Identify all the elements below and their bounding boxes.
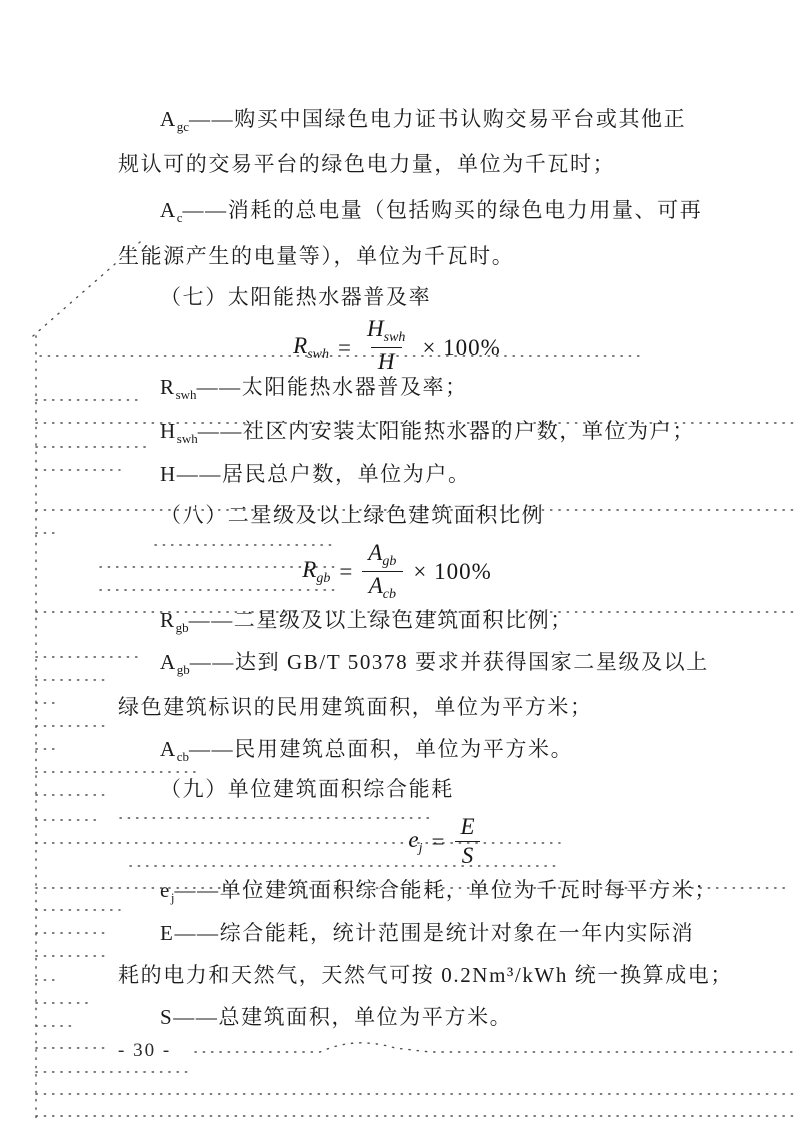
line-text: ——太阳能热水器普及率； (197, 375, 468, 399)
variable-symbol: H (160, 462, 177, 486)
text-line: Ac——消耗的总电量（包括购买的绿色电力用量、可再 (160, 197, 702, 231)
text-line: H——居民总户数，单位为户。 (160, 461, 471, 488)
line-text: ——社区内安装太阳能热水器的户数，单位为户； (198, 419, 695, 443)
variable-subscript: gc (177, 119, 189, 134)
text-line: 规认可的交易平台的绿色电力量，单位为千瓦时； (118, 151, 615, 178)
text-line: 生能源产生的电量等），单位为千瓦时。 (118, 243, 514, 270)
section-heading: （七）太阳能热水器普及率 (160, 284, 431, 311)
text-line: Acb——民用建筑总面积，单位为平方米。 (160, 736, 573, 770)
fraction: Hswh H (360, 316, 412, 379)
document-page: Agc——购买中国绿色电力证书认购交易平台或其他正 规认可的交易平台的绿色电力量… (0, 0, 794, 1123)
line-text: ——单位建筑面积综合能耗，单位为千瓦时每平方米； (175, 878, 717, 902)
equals-sign: = (338, 335, 351, 361)
text-line: Rgb——二星级及以上绿色建筑面积比例； (160, 607, 573, 641)
text-line: Rswh——太阳能热水器普及率； (160, 374, 468, 408)
section-heading: （八）二星级及以上绿色建筑面积比例 (160, 502, 544, 529)
variable-symbol: A (160, 650, 177, 674)
fraction-numerator: E (454, 814, 482, 841)
line-text: ——民用建筑总面积，单位为平方米。 (189, 737, 573, 761)
variable-symbol: A (160, 198, 177, 222)
formula-lhs: ej (408, 827, 422, 857)
formula-solar-water-heater-rate: Rswh = Hswh H × 100% (0, 316, 794, 379)
fraction: E S (454, 814, 482, 869)
line-text: （七）太阳能热水器普及率 (160, 285, 431, 309)
fraction: Agb Acb (361, 540, 403, 603)
line-text: 绿色建筑标识的民用建筑面积，单位为平方米； (118, 695, 593, 719)
formula-green-building-ratio: Rgb = Agb Acb × 100% (0, 540, 794, 603)
page-number: - 30 - (118, 1040, 171, 1062)
variable-symbol: S (160, 1005, 173, 1029)
variable-symbol: H (160, 419, 177, 443)
text-line: Agb——达到 GB/T 50378 要求并获得国家二星级及以上 (160, 649, 709, 683)
formula-tail: × 100% (413, 559, 491, 585)
section-heading: （九）单位建筑面积综合能耗 (160, 776, 454, 803)
variable-symbol: R (160, 608, 176, 632)
line-text: ——综合能耗，统计范围是统计对象在一年内实际消 (174, 921, 694, 945)
text-line: 绿色建筑标识的民用建筑面积，单位为平方米； (118, 694, 593, 721)
variable-subscript: cb (177, 749, 189, 764)
formula-tail: × 100% (422, 335, 500, 361)
line-text: 生能源产生的电量等），单位为千瓦时。 (118, 244, 514, 268)
line-text: （八）二星级及以上绿色建筑面积比例 (160, 503, 544, 527)
line-text: ——达到 GB/T 50378 要求并获得国家二星级及以上 (190, 650, 709, 674)
formula-lhs: Rgb (302, 557, 330, 587)
equals-sign: = (432, 829, 445, 855)
text-line: ej——单位建筑面积综合能耗，单位为千瓦时每平方米； (160, 877, 717, 911)
variable-subscript: gb (176, 620, 189, 635)
variable-symbol: E (160, 921, 174, 945)
text-line: Hswh——社区内安装太阳能热水器的户数，单位为户； (160, 418, 695, 452)
variable-symbol: A (160, 737, 177, 761)
text-line: Agc——购买中国绿色电力证书认购交易平台或其他正 (160, 106, 686, 140)
text-line: 耗的电力和天然气，天然气可按 0.2Nm³/kWh 统一换算成电； (118, 962, 733, 989)
line-text: ——消耗的总电量（包括购买的绿色电力用量、可再 (183, 198, 703, 222)
line-text: ——购买中国绿色电力证书认购交易平台或其他正 (189, 107, 686, 131)
variable-symbol: R (160, 375, 176, 399)
fraction-numerator: Agb (361, 540, 403, 571)
formula-energy-per-area: ej = E S (48, 814, 794, 869)
line-text: 耗的电力和天然气，天然气可按 0.2Nm³/kWh 统一换算成电； (118, 963, 733, 987)
line-text: ——总建筑面积，单位为平方米。 (173, 1005, 512, 1029)
fraction-denominator: Acb (362, 571, 403, 603)
line-text: 规认可的交易平台的绿色电力量，单位为千瓦时； (118, 152, 615, 176)
variable-symbol: A (160, 107, 177, 131)
text-line: E——综合能耗，统计范围是统计对象在一年内实际消 (160, 920, 694, 947)
text-line: S——总建筑面积，单位为平方米。 (160, 1004, 512, 1031)
variable-subscript: swh (177, 431, 198, 446)
variable-subscript: gb (177, 662, 190, 677)
fraction-numerator: Hswh (360, 316, 412, 347)
variable-symbol: e (160, 878, 171, 902)
variable-subscript: swh (176, 387, 197, 402)
fraction-denominator: S (455, 841, 481, 869)
line-text: ——居民总户数，单位为户。 (177, 462, 471, 486)
equals-sign: = (339, 559, 352, 585)
line-text: ——二星级及以上绿色建筑面积比例； (189, 608, 573, 632)
formula-lhs: Rswh (293, 333, 329, 363)
line-text: （九）单位建筑面积综合能耗 (160, 777, 454, 801)
